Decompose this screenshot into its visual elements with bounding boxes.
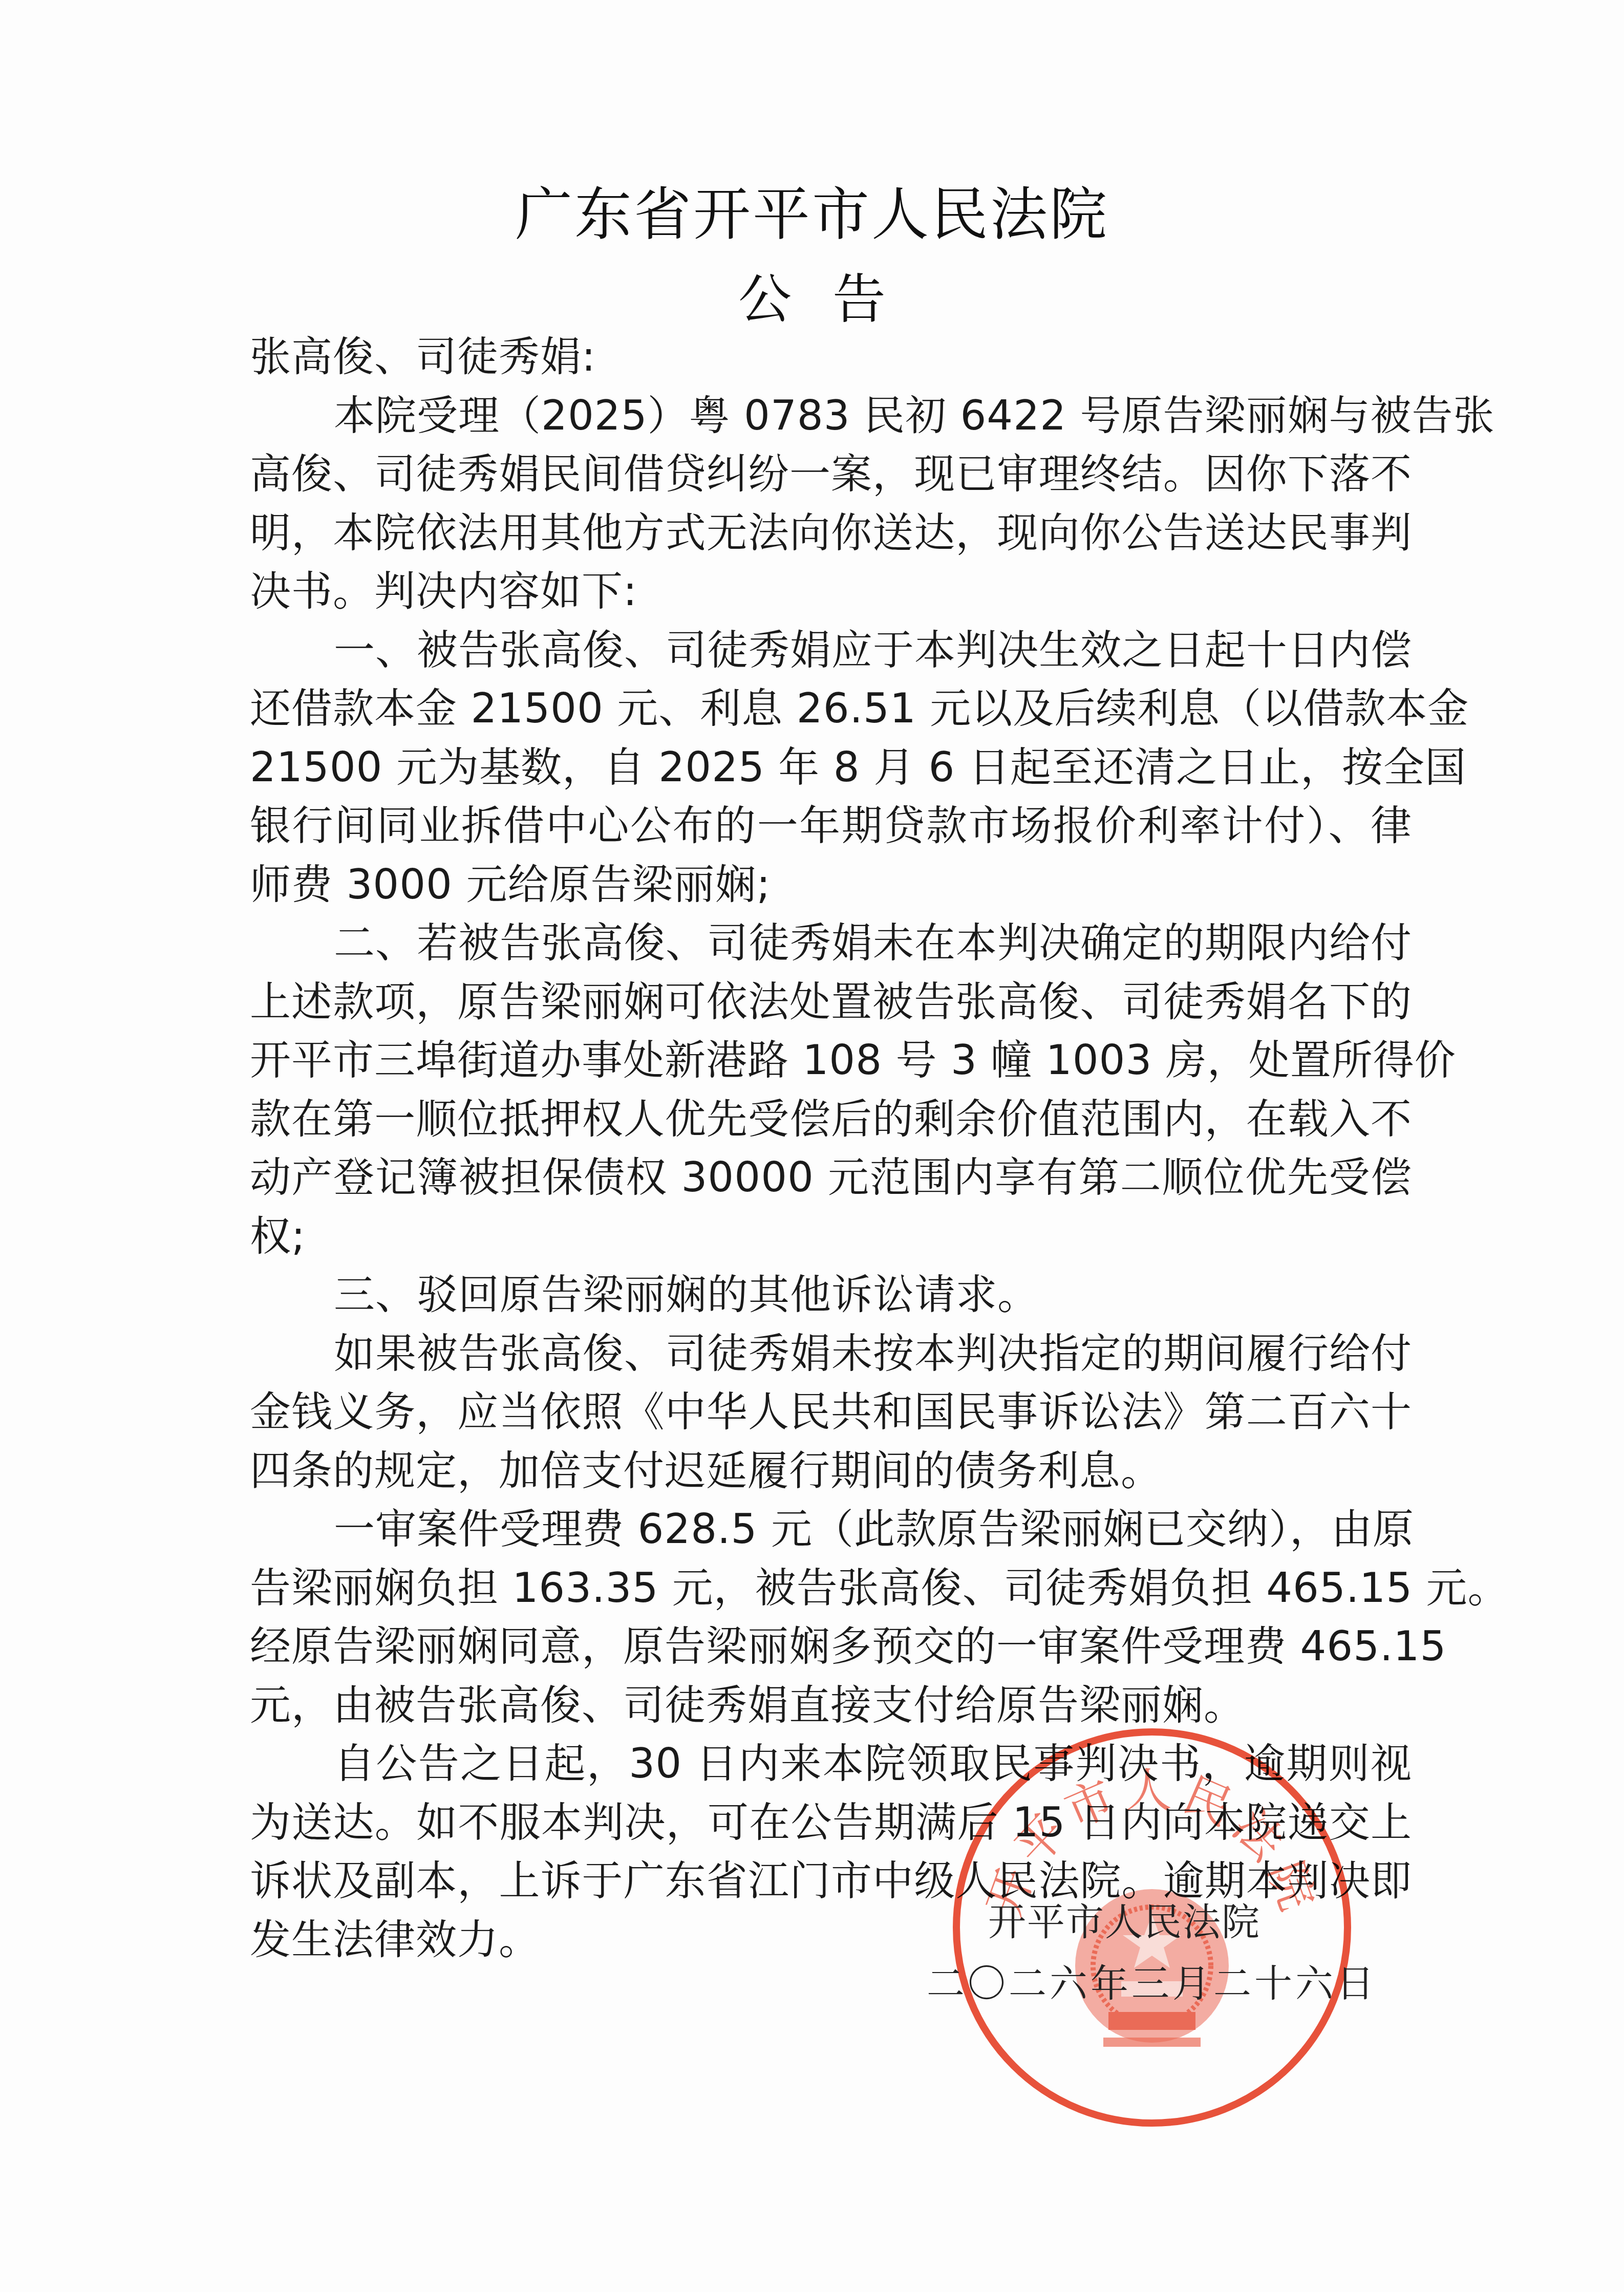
body-line: 银行间同业拆借中心公布的一年期贷款市场报价利率计付）、律: [250, 797, 1412, 855]
body-line: 一、被告张高俊、司徒秀娟应于本判决生效之日起十日内偿: [250, 621, 1412, 680]
court-notice-page: 广东省开平市人民法院 公告 张高俊、司徒秀娟: 本院受理（2025）粤 0783…: [0, 0, 1624, 2292]
signature-court-name: 开平市人民法院: [988, 1894, 1306, 1951]
body-line: 经原告梁丽娴同意，原告梁丽娴多预交的一审案件受理费 465.15: [250, 1617, 1412, 1676]
body-line: 二、若被告张高俊、司徒秀娟未在本判决确定的期限内给付: [250, 914, 1412, 973]
body-line: 高俊、司徒秀娟民间借贷纠纷一案，现已审理终结。因你下落不: [250, 445, 1412, 504]
body-line: 上述款项，原告梁丽娴可依法处置被告张高俊、司徒秀娟名下的: [250, 973, 1412, 1032]
document-type-heading: 公告: [0, 266, 1624, 333]
body-line: 开平市三埠街道办事处新港路 108 号 3 幢 1003 房，处置所得价: [250, 1031, 1412, 1090]
body-line: 决书。判决内容如下:: [250, 562, 1412, 621]
body-line: 四条的规定，加倍支付迟延履行期间的债务利息。: [250, 1442, 1412, 1501]
body-line: 三、驳回原告梁丽娴的其他诉讼请求。: [250, 1266, 1412, 1324]
body-line: 明，本院依法用其他方式无法向你送达，现向你公告送达民事判: [250, 504, 1412, 563]
body-line: 权;: [250, 1207, 1412, 1266]
body-line: 如果被告张高俊、司徒秀娟未按本判决指定的期间履行给付: [250, 1324, 1412, 1383]
notice-date: 二〇二六年三月二十六日: [927, 1956, 1387, 2012]
notice-body: 张高俊、司徒秀娟: 本院受理（2025）粤 0783 民初 6422 号原告梁丽…: [250, 328, 1412, 1969]
body-line: 金钱义务，应当依照《中华人民共和国民事诉讼法》第二百六十: [250, 1383, 1412, 1442]
body-line: 告梁丽娴负担 163.35 元，被告张高俊、司徒秀娟负担 465.15 元。: [250, 1559, 1412, 1618]
body-line: 一审案件受理费 628.5 元（此款原告梁丽娴已交纳），由原: [250, 1500, 1412, 1559]
issuer-title: 广东省开平市人民法院: [0, 182, 1624, 248]
body-line: 还借款本金 21500 元、利息 26.51 元以及后续利息（以借款本金: [250, 679, 1412, 738]
body-line: 21500 元为基数，自 2025 年 8 月 6 日起至还清之日止，按全国: [250, 738, 1412, 797]
body-line: 动产登记簿被担保债权 30000 元范围内享有第二顺位优先受偿: [250, 1148, 1412, 1207]
body-line: 本院受理（2025）粤 0783 民初 6422 号原告梁丽娴与被告张: [250, 387, 1412, 445]
recipient-line: 张高俊、司徒秀娟:: [250, 328, 1412, 387]
body-line: 款在第一顺位抵押权人优先受偿后的剩余价值范围内，在载入不: [250, 1090, 1412, 1149]
body-line: 师费 3000 元给原告梁丽娴;: [250, 855, 1412, 914]
